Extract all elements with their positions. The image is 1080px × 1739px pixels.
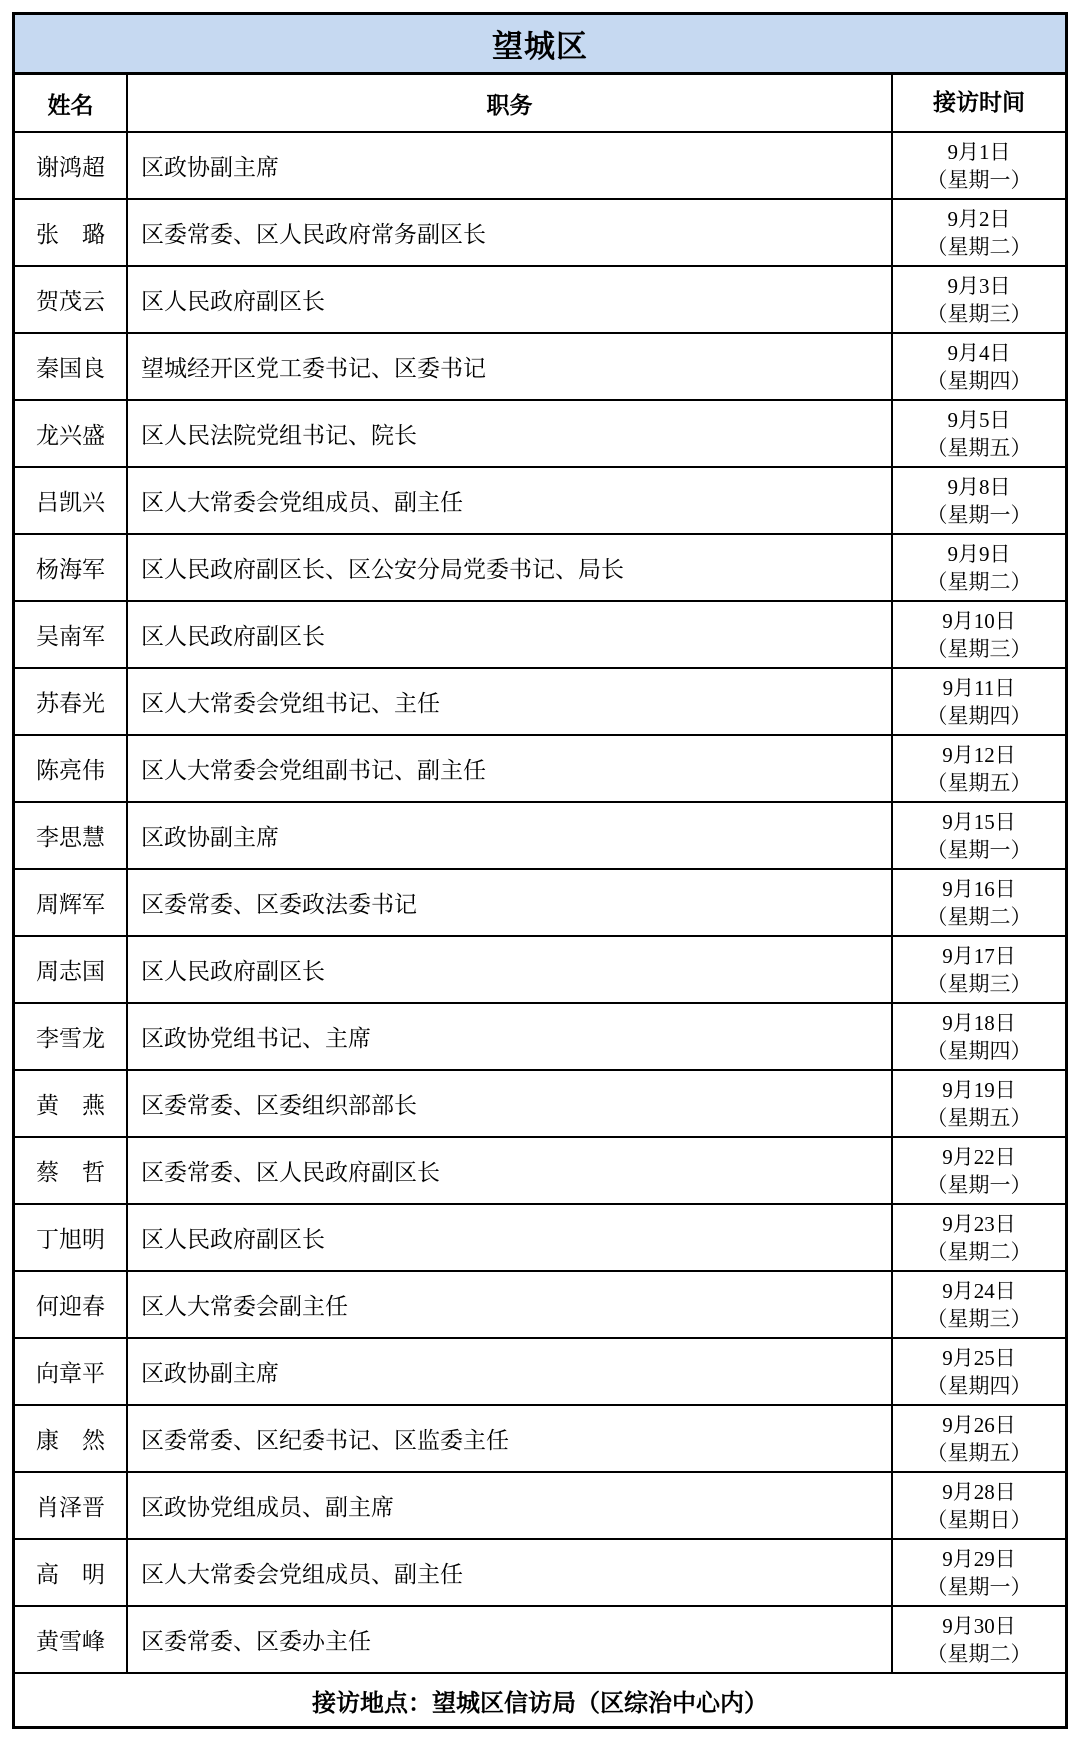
table-row: 高 明 区人大常委会党组成员、副主任 9月29日 （星期一） bbox=[15, 1540, 1065, 1607]
name-cell: 吴南军 bbox=[15, 602, 128, 667]
table-row: 吴南军 区人民政府副区长 9月10日 （星期三） bbox=[15, 602, 1065, 669]
weekday-text: （星期四） bbox=[927, 1372, 1032, 1400]
table-row: 黄 燕 区委常委、区委组织部部长 9月19日 （星期五） bbox=[15, 1071, 1065, 1138]
name-cell: 蔡 哲 bbox=[15, 1138, 128, 1203]
weekday-text: （星期一） bbox=[927, 1573, 1032, 1601]
name-cell: 苏春光 bbox=[15, 669, 128, 734]
name-cell: 何迎春 bbox=[15, 1272, 128, 1337]
weekday-text: （星期二） bbox=[927, 1640, 1032, 1668]
weekday-text: （星期五） bbox=[927, 769, 1032, 797]
position-cell: 区人大常委会党组成员、副主任 bbox=[128, 468, 893, 533]
column-header-name: 姓名 bbox=[15, 75, 128, 131]
name-cell: 向章平 bbox=[15, 1339, 128, 1404]
position-cell: 区人大常委会党组副书记、副主任 bbox=[128, 736, 893, 801]
date-text: 9月9日 bbox=[948, 540, 1011, 568]
weekday-text: （星期四） bbox=[927, 1037, 1032, 1065]
time-cell: 9月25日 （星期四） bbox=[893, 1339, 1065, 1404]
position-cell: 区人民政府副区长 bbox=[128, 602, 893, 667]
table-row: 谢鸿超 区政协副主席 9月1日 （星期一） bbox=[15, 133, 1065, 200]
date-text: 9月25日 bbox=[942, 1344, 1016, 1372]
weekday-text: （星期三） bbox=[927, 970, 1032, 998]
date-text: 9月3日 bbox=[948, 272, 1011, 300]
name-cell: 张 璐 bbox=[15, 200, 128, 265]
position-cell: 区政协副主席 bbox=[128, 133, 893, 198]
position-cell: 区人民政府副区长 bbox=[128, 937, 893, 1002]
time-cell: 9月2日 （星期二） bbox=[893, 200, 1065, 265]
position-cell: 区政协党组书记、主席 bbox=[128, 1004, 893, 1069]
table-row: 张 璐 区委常委、区人民政府常务副区长 9月2日 （星期二） bbox=[15, 200, 1065, 267]
table-row: 丁旭明 区人民政府副区长 9月23日 （星期二） bbox=[15, 1205, 1065, 1272]
position-cell: 区人民政府副区长 bbox=[128, 267, 893, 332]
table-row: 黄雪峰 区委常委、区委办主任 9月30日 （星期二） bbox=[15, 1607, 1065, 1674]
date-text: 9月29日 bbox=[942, 1545, 1016, 1573]
table-title: 望城区 bbox=[15, 15, 1065, 75]
weekday-text: （星期五） bbox=[927, 434, 1032, 462]
name-cell: 李雪龙 bbox=[15, 1004, 128, 1069]
time-cell: 9月23日 （星期二） bbox=[893, 1205, 1065, 1270]
table-header: 姓名 职务 接访时间 bbox=[15, 75, 1065, 133]
position-cell: 望城经开区党工委书记、区委书记 bbox=[128, 334, 893, 399]
time-cell: 9月22日 （星期一） bbox=[893, 1138, 1065, 1203]
name-cell: 高 明 bbox=[15, 1540, 128, 1605]
position-cell: 区委常委、区纪委书记、区监委主任 bbox=[128, 1406, 893, 1471]
name-cell: 周志国 bbox=[15, 937, 128, 1002]
time-cell: 9月15日 （星期一） bbox=[893, 803, 1065, 868]
weekday-text: （星期二） bbox=[927, 568, 1032, 596]
time-cell: 9月17日 （星期三） bbox=[893, 937, 1065, 1002]
position-cell: 区委常委、区委组织部部长 bbox=[128, 1071, 893, 1136]
table-row: 肖泽晋 区政协党组成员、副主席 9月28日 （星期日） bbox=[15, 1473, 1065, 1540]
name-cell: 秦国良 bbox=[15, 334, 128, 399]
time-cell: 9月8日 （星期一） bbox=[893, 468, 1065, 533]
table-row: 杨海军 区人民政府副区长、区公安分局党委书记、局长 9月9日 （星期二） bbox=[15, 535, 1065, 602]
table-row: 陈亮伟 区人大常委会党组副书记、副主任 9月12日 （星期五） bbox=[15, 736, 1065, 803]
position-cell: 区委常委、区人民政府副区长 bbox=[128, 1138, 893, 1203]
position-cell: 区政协副主席 bbox=[128, 1339, 893, 1404]
table-body: 谢鸿超 区政协副主席 9月1日 （星期一） 张 璐 区委常委、区人民政府常务副区… bbox=[15, 133, 1065, 1674]
time-cell: 9月1日 （星期一） bbox=[893, 133, 1065, 198]
weekday-text: （星期五） bbox=[927, 1104, 1032, 1132]
table-row: 周志国 区人民政府副区长 9月17日 （星期三） bbox=[15, 937, 1065, 1004]
time-cell: 9月12日 （星期五） bbox=[893, 736, 1065, 801]
date-text: 9月18日 bbox=[942, 1009, 1016, 1037]
position-cell: 区人大常委会党组书记、主任 bbox=[128, 669, 893, 734]
date-text: 9月15日 bbox=[942, 808, 1016, 836]
table-row: 秦国良 望城经开区党工委书记、区委书记 9月4日 （星期四） bbox=[15, 334, 1065, 401]
weekday-text: （星期一） bbox=[927, 1171, 1032, 1199]
time-cell: 9月9日 （星期二） bbox=[893, 535, 1065, 600]
table-row: 康 然 区委常委、区纪委书记、区监委主任 9月26日 （星期五） bbox=[15, 1406, 1065, 1473]
weekday-text: （星期二） bbox=[927, 1238, 1032, 1266]
position-cell: 区政协副主席 bbox=[128, 803, 893, 868]
table-footer: 接访地点：望城区信访局（区综治中心内） bbox=[15, 1674, 1065, 1726]
table-row: 吕凯兴 区人大常委会党组成员、副主任 9月8日 （星期一） bbox=[15, 468, 1065, 535]
date-text: 9月26日 bbox=[942, 1411, 1016, 1439]
table-row: 贺茂云 区人民政府副区长 9月3日 （星期三） bbox=[15, 267, 1065, 334]
name-cell: 吕凯兴 bbox=[15, 468, 128, 533]
date-text: 9月1日 bbox=[948, 138, 1011, 166]
name-cell: 龙兴盛 bbox=[15, 401, 128, 466]
table-row: 龙兴盛 区人民法院党组书记、院长 9月5日 （星期五） bbox=[15, 401, 1065, 468]
weekday-text: （星期四） bbox=[927, 367, 1032, 395]
date-text: 9月11日 bbox=[943, 674, 1016, 702]
weekday-text: （星期一） bbox=[927, 166, 1032, 194]
date-text: 9月16日 bbox=[942, 875, 1016, 903]
position-cell: 区委常委、区委政法委书记 bbox=[128, 870, 893, 935]
time-cell: 9月3日 （星期三） bbox=[893, 267, 1065, 332]
date-text: 9月5日 bbox=[948, 406, 1011, 434]
column-header-time: 接访时间 bbox=[893, 75, 1065, 131]
date-text: 9月23日 bbox=[942, 1210, 1016, 1238]
date-text: 9月17日 bbox=[942, 942, 1016, 970]
time-cell: 9月18日 （星期四） bbox=[893, 1004, 1065, 1069]
name-cell: 黄雪峰 bbox=[15, 1607, 128, 1672]
table-row: 向章平 区政协副主席 9月25日 （星期四） bbox=[15, 1339, 1065, 1406]
weekday-text: （星期三） bbox=[927, 1305, 1032, 1333]
weekday-text: （星期四） bbox=[927, 702, 1032, 730]
time-cell: 9月5日 （星期五） bbox=[893, 401, 1065, 466]
date-text: 9月22日 bbox=[942, 1143, 1016, 1171]
position-cell: 区人民政府副区长 bbox=[128, 1205, 893, 1270]
weekday-text: （星期一） bbox=[927, 836, 1032, 864]
weekday-text: （星期五） bbox=[927, 1439, 1032, 1467]
date-text: 9月19日 bbox=[942, 1076, 1016, 1104]
column-header-position: 职务 bbox=[128, 75, 893, 131]
name-cell: 肖泽晋 bbox=[15, 1473, 128, 1538]
time-cell: 9月30日 （星期二） bbox=[893, 1607, 1065, 1672]
date-text: 9月28日 bbox=[942, 1478, 1016, 1506]
name-cell: 谢鸿超 bbox=[15, 133, 128, 198]
weekday-text: （星期二） bbox=[927, 233, 1032, 261]
reception-schedule-table: 望城区 姓名 职务 接访时间 谢鸿超 区政协副主席 9月1日 （星期一） 张 璐… bbox=[12, 12, 1068, 1729]
position-cell: 区委常委、区人民政府常务副区长 bbox=[128, 200, 893, 265]
date-text: 9月2日 bbox=[948, 205, 1011, 233]
weekday-text: （星期二） bbox=[927, 903, 1032, 931]
name-cell: 康 然 bbox=[15, 1406, 128, 1471]
table-row: 李雪龙 区政协党组书记、主席 9月18日 （星期四） bbox=[15, 1004, 1065, 1071]
weekday-text: （星期三） bbox=[927, 635, 1032, 663]
date-text: 9月30日 bbox=[942, 1612, 1016, 1640]
weekday-text: （星期三） bbox=[927, 300, 1032, 328]
date-text: 9月24日 bbox=[942, 1277, 1016, 1305]
time-cell: 9月28日 （星期日） bbox=[893, 1473, 1065, 1538]
time-cell: 9月26日 （星期五） bbox=[893, 1406, 1065, 1471]
time-cell: 9月4日 （星期四） bbox=[893, 334, 1065, 399]
position-cell: 区人民法院党组书记、院长 bbox=[128, 401, 893, 466]
time-cell: 9月24日 （星期三） bbox=[893, 1272, 1065, 1337]
position-cell: 区人大常委会副主任 bbox=[128, 1272, 893, 1337]
weekday-text: （星期一） bbox=[927, 501, 1032, 529]
name-cell: 杨海军 bbox=[15, 535, 128, 600]
table-row: 李思慧 区政协副主席 9月15日 （星期一） bbox=[15, 803, 1065, 870]
table-row: 何迎春 区人大常委会副主任 9月24日 （星期三） bbox=[15, 1272, 1065, 1339]
date-text: 9月4日 bbox=[948, 339, 1011, 367]
table-row: 苏春光 区人大常委会党组书记、主任 9月11日 （星期四） bbox=[15, 669, 1065, 736]
time-cell: 9月11日 （星期四） bbox=[893, 669, 1065, 734]
name-cell: 贺茂云 bbox=[15, 267, 128, 332]
position-cell: 区人大常委会党组成员、副主任 bbox=[128, 1540, 893, 1605]
name-cell: 黄 燕 bbox=[15, 1071, 128, 1136]
name-cell: 周辉军 bbox=[15, 870, 128, 935]
date-text: 9月10日 bbox=[942, 607, 1016, 635]
name-cell: 陈亮伟 bbox=[15, 736, 128, 801]
date-text: 9月8日 bbox=[948, 473, 1011, 501]
table-row: 蔡 哲 区委常委、区人民政府副区长 9月22日 （星期一） bbox=[15, 1138, 1065, 1205]
time-cell: 9月16日 （星期二） bbox=[893, 870, 1065, 935]
time-cell: 9月29日 （星期一） bbox=[893, 1540, 1065, 1605]
date-text: 9月12日 bbox=[942, 741, 1016, 769]
position-cell: 区人民政府副区长、区公安分局党委书记、局长 bbox=[128, 535, 893, 600]
time-cell: 9月10日 （星期三） bbox=[893, 602, 1065, 667]
name-cell: 李思慧 bbox=[15, 803, 128, 868]
position-cell: 区政协党组成员、副主席 bbox=[128, 1473, 893, 1538]
name-cell: 丁旭明 bbox=[15, 1205, 128, 1270]
position-cell: 区委常委、区委办主任 bbox=[128, 1607, 893, 1672]
table-row: 周辉军 区委常委、区委政法委书记 9月16日 （星期二） bbox=[15, 870, 1065, 937]
time-cell: 9月19日 （星期五） bbox=[893, 1071, 1065, 1136]
weekday-text: （星期日） bbox=[927, 1506, 1032, 1534]
